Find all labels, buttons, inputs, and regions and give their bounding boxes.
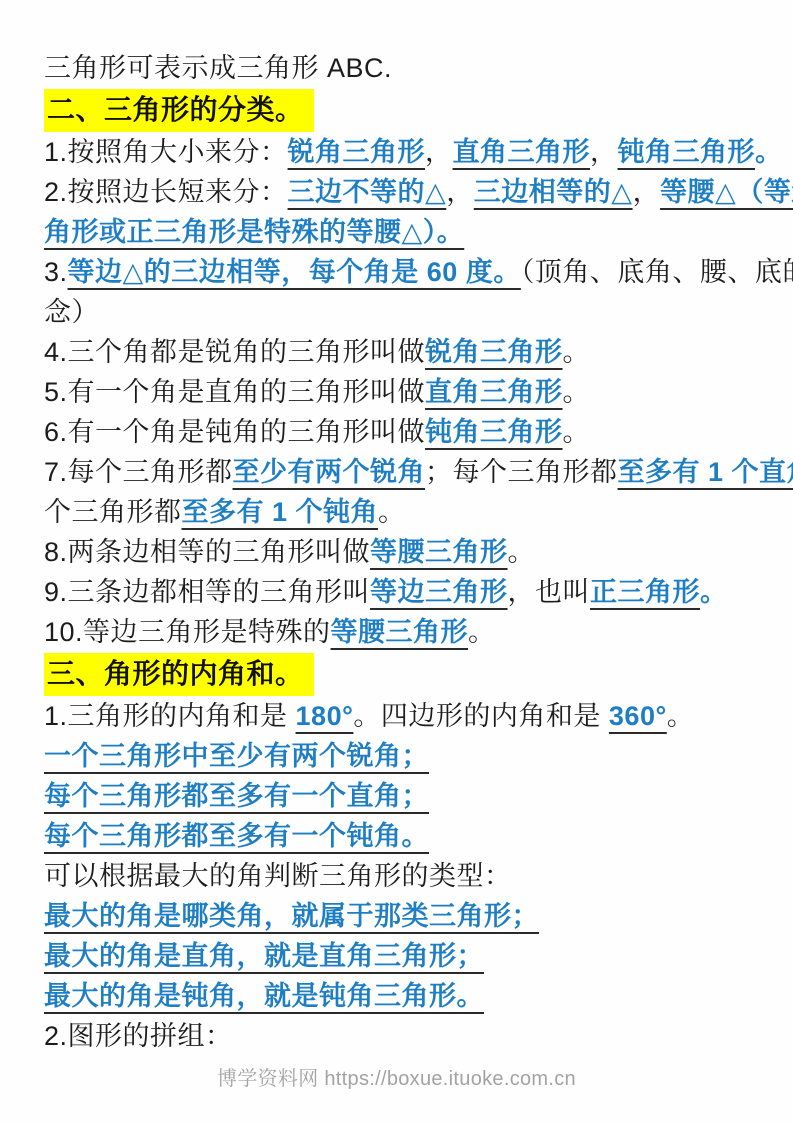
text-run: 三角形可表示成三角形 ABC. [44,53,392,83]
key-term-run: 至多有 1 个直角 [618,457,793,487]
text-run: 3. [44,257,68,287]
highlighted-heading: 二、三角形的分类。 [44,89,314,132]
text-run: 9.三条边都相等的三角形叫 [44,577,370,607]
text-run: 。 [378,497,406,527]
key-term-run: 至多有 1 个钝角 [182,497,379,527]
text-line: 每个三角形都至多有一个钝角。 [44,816,775,856]
key-term-run: 钝角三角形 [425,417,563,447]
key-term-run: 最大的角是钝角，就是钝角三角形。 [44,981,484,1011]
key-term-run: 三边不等的△ [288,177,447,207]
text-run: 。 [563,377,591,407]
key-term-run: 每个三角形都至多有一个钝角。 [44,821,429,851]
text-run: 。 [563,417,591,447]
text-run: 可以根据最大的角判断三角形的类型： [44,861,512,891]
text-line: 念） [44,292,775,332]
text-run: 念） [44,297,99,327]
document-page: 三角形可表示成三角形 ABC.二、三角形的分类。1.按照角大小来分：锐角三角形，… [0,0,793,1122]
text-line: 5.有一个角是直角的三角形叫做直角三角形。 [44,372,775,412]
key-term-run: 正三角形 [590,577,700,607]
key-term-run: 最大的角是直角，就是直角三角形； [44,941,484,971]
text-line: 最大的角是哪类角，就属于那类三角形； [44,896,775,936]
text-run: 2.图形的拼组： [44,1021,233,1051]
key-term-run: 180° [296,701,354,731]
text-run: 。 [468,617,496,647]
key-term-run: 钝角三角形 [618,137,756,167]
text-run: 。 [667,701,695,731]
text-run: 。 [508,537,536,567]
footer-watermark: 博学资料网 https://boxue.ituoke.com.cn [0,1062,793,1091]
text-line: 10.等边三角形是特殊的等腰三角形。 [44,612,775,652]
key-term-run: 等边三角形 [370,577,508,607]
text-run: ， [425,137,453,167]
text-line: 4.三个角都是锐角的三角形叫做锐角三角形。 [44,332,775,372]
text-run: 1.三角形的内角和是 [44,701,296,731]
text-run: 8.两条边相等的三角形叫做 [44,537,370,567]
text-line: 个三角形都至多有 1 个钝角。 [44,492,775,532]
key-term-run: 最大的角是哪类角，就属于那类三角形； [44,901,539,931]
text-line: 每个三角形都至多有一个直角； [44,776,775,816]
key-term-run: 。 [755,137,783,167]
key-term-run: 每个三角形都至多有一个直角； [44,781,429,811]
text-run: 2.按照边长短来分： [44,177,288,207]
text-line: 1.三角形的内角和是 180°。四边形的内角和是 360°。 [44,696,775,736]
text-line: 3.等边△的三边相等，每个角是 60 度。（顶角、底角、腰、底的概 [44,252,775,292]
text-run: ， [446,177,474,207]
text-run: 1.按照角大小来分： [44,137,288,167]
text-line: 可以根据最大的角判断三角形的类型： [44,856,775,896]
text-line: 2.按照边长短来分：三边不等的△，三边相等的△，等腰△（等边三 [44,172,775,212]
section-heading-line: 三、角形的内角和。 [44,652,775,696]
text-line: 角形或正三角形是特殊的等腰△）。 [44,212,775,252]
text-run: ， [633,177,661,207]
text-line: 最大的角是直角，就是直角三角形； [44,936,775,976]
text-line: 一个三角形中至少有两个锐角； [44,736,775,776]
text-run: ， [590,137,618,167]
text-line: 三角形可表示成三角形 ABC. [44,48,775,88]
text-run: 5.有一个角是直角的三角形叫做 [44,377,425,407]
key-term-run: 直角三角形 [425,377,563,407]
text-line: 7.每个三角形都至少有两个锐角；每个三角形都至多有 1 个直角；每 [44,452,775,492]
key-term-run: 锐角三角形 [288,137,426,167]
text-run: 4.三个角都是锐角的三角形叫做 [44,337,425,367]
text-line: 1.按照角大小来分：锐角三角形，直角三角形，钝角三角形。 [44,132,775,172]
key-term-run: 锐角三角形 [425,337,563,367]
key-term-run: 等腰三角形 [370,537,508,567]
highlighted-heading: 三、角形的内角和。 [44,653,314,696]
document-body: 三角形可表示成三角形 ABC.二、三角形的分类。1.按照角大小来分：锐角三角形，… [44,48,775,1056]
text-line: 9.三条边都相等的三角形叫等边三角形，也叫正三角形。 [44,572,775,612]
text-line: 2.图形的拼组： [44,1016,775,1056]
text-run: 。 [563,337,591,367]
text-run: ；每个三角形都 [425,457,618,487]
key-term-run: 360° [609,701,667,731]
section-heading-line: 二、三角形的分类。 [44,88,775,132]
text-line: 8.两条边相等的三角形叫做等腰三角形。 [44,532,775,572]
key-term-run: 等腰三角形 [331,617,469,647]
text-line: 最大的角是钝角，就是钝角三角形。 [44,976,775,1016]
key-term-run: 一个三角形中至少有两个锐角； [44,741,429,771]
key-term-run: 三边相等的△ [474,177,633,207]
text-run: 7.每个三角形都 [44,457,233,487]
text-run: 6.有一个角是钝角的三角形叫做 [44,417,425,447]
text-run: （顶角、底角、腰、底的概 [521,257,793,287]
text-run: ，也叫 [508,577,591,607]
key-term-run: 至少有两个锐角 [233,457,426,487]
key-term-run: 角形或正三角形是特殊的等腰△）。 [44,217,464,247]
key-term-run: 直角三角形 [453,137,591,167]
key-term-run: 。 [700,577,728,607]
key-term-run: 等腰△（等边三 [660,177,793,207]
key-term-run: 等边△的三边相等，每个角是 60 度。 [68,257,521,287]
text-run: 个三角形都 [44,497,182,527]
text-run: 10.等边三角形是特殊的 [44,617,331,647]
text-line: 6.有一个角是钝角的三角形叫做钝角三角形。 [44,412,775,452]
text-run: 。四边形的内角和是 [353,701,609,731]
